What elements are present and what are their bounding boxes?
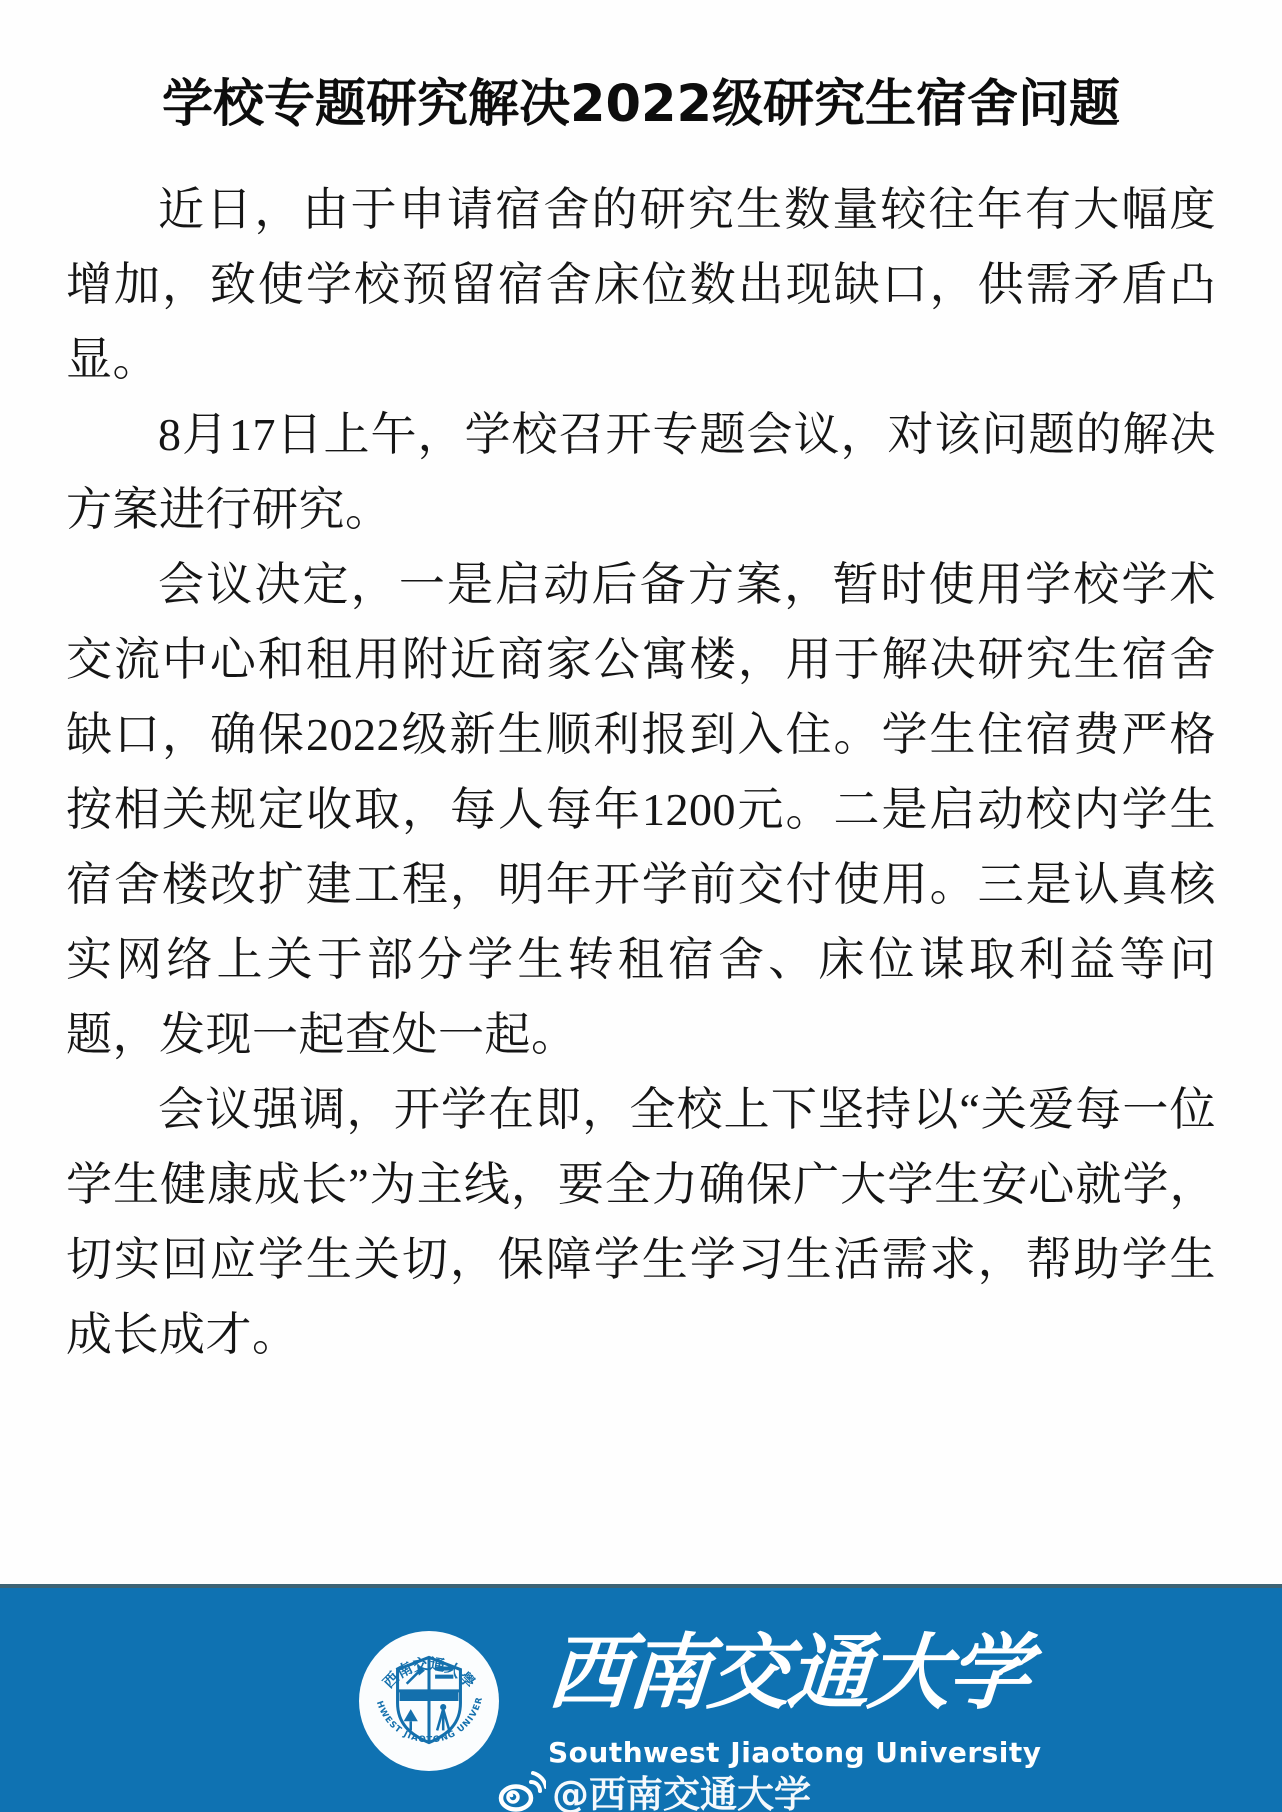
body-paragraph: 会议强调，开学在即，全校上下坚持以“关爱每一位学生健康成长”为主线，要全力确保广… bbox=[66, 1072, 1216, 1372]
body-paragraph: 近日，由于申请宿舍的研究生数量较往年有大幅度增加，致使学校预留宿舍床位数出现缺口… bbox=[66, 172, 1216, 397]
weibo-watermark-text: @西南交通大学 bbox=[552, 1764, 811, 1812]
announcement-page: 学校专题研究解决2022级研究生宿舍问题 近日，由于申请宿舍的研究生数量较往年有… bbox=[0, 0, 1282, 1812]
weibo-watermark: @西南交通大学 bbox=[498, 1764, 811, 1812]
university-name-zh: 西南交通大学 bbox=[544, 1618, 1032, 1728]
footer-banner: 西南交通大學 SOUTHWEST JIAOTONG UNIVERSITY bbox=[0, 1584, 1282, 1812]
document-body: 近日，由于申请宿舍的研究生数量较往年有大幅度增加，致使学校预留宿舍床位数出现缺口… bbox=[66, 172, 1216, 1372]
page-title: 学校专题研究解决2022级研究生宿舍问题 bbox=[66, 0, 1216, 136]
weibo-icon bbox=[498, 1770, 546, 1812]
university-seal-icon: 西南交通大學 SOUTHWEST JIAOTONG UNIVERSITY bbox=[358, 1630, 500, 1772]
body-paragraph: 8月17日上午，学校召开专题会议，对该问题的解决方案进行研究。 bbox=[66, 397, 1216, 547]
document-content: 学校专题研究解决2022级研究生宿舍问题 近日，由于申请宿舍的研究生数量较往年有… bbox=[66, 0, 1216, 1372]
body-paragraph: 会议决定，一是启动后备方案，暂时使用学校学术交流中心和租用附近商家公寓楼，用于解… bbox=[66, 547, 1216, 1072]
